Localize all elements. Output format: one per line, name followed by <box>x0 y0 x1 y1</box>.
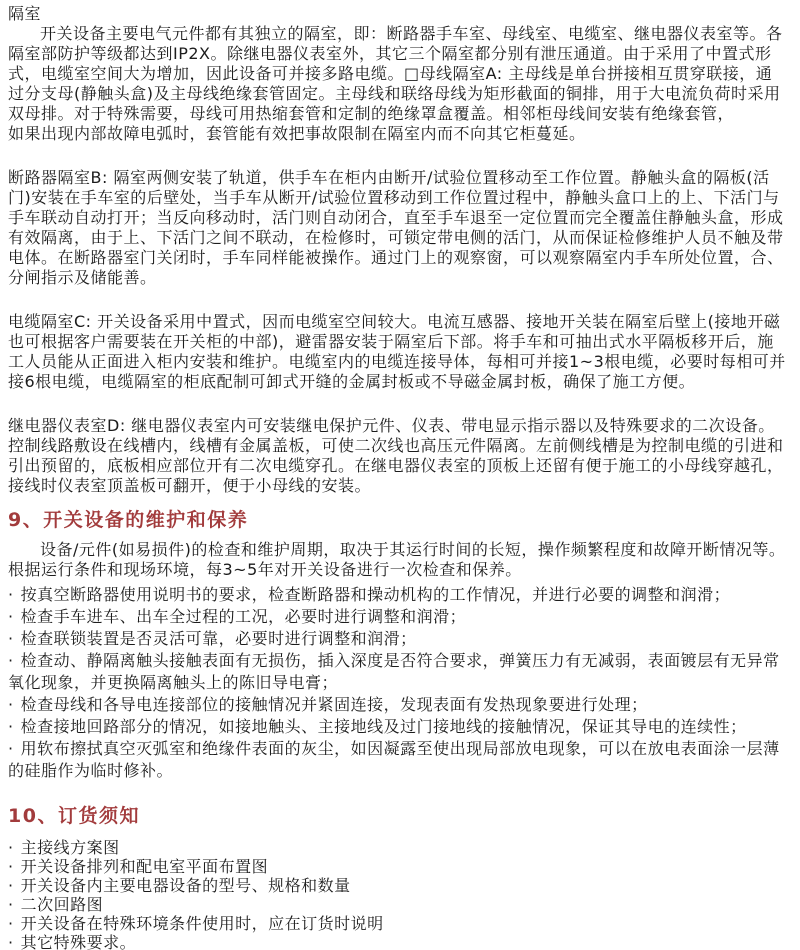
list-item: ·用软布擦拭真空灭弧室和绝缘件表面的灰尘，如因凝露至使出现局部放电现象，可以在放… <box>8 738 786 782</box>
list-item: ·检查动、静隔离触头接触表面有无损伤，插入深度是否符合要求，弹簧压力有无减弱，表… <box>8 650 786 694</box>
bullet-dot-icon: · <box>8 651 14 670</box>
list-item-text: 检查动、静隔离触头接触表面有无损伤，插入深度是否符合要求，弹簧压力有无减弱，表面… <box>8 651 780 692</box>
list-item: ·开关设备在特殊环境条件使用时，应在订货时说明 <box>8 914 786 933</box>
list-item: ·检查母线和各导电连接部位的接触情况并紧固连接，发现表面有发热现象要进行处理； <box>8 694 786 716</box>
ordering-heading: 10、订货须知 <box>8 804 786 828</box>
list-item-text: 检查接地回路部分的情况，如接地触头、主接地线及过门接地线的接触情况，保证其导电的… <box>21 717 747 736</box>
list-item: ·按真空断路器使用说明书的要求，检查断路器和操动机构的工作情况，并进行必要的调整… <box>8 584 786 606</box>
bullet-dot-icon: · <box>8 585 14 604</box>
bullet-dot-icon: · <box>8 629 14 648</box>
compartment-intro-paragraph: 开关设备主要电气元件都有其独立的隔室，即：断路器手车室、母线室、电缆室、继电器仪… <box>8 24 786 144</box>
list-item-text: 开关设备排列和配电室平面布置图 <box>21 857 269 876</box>
list-item: ·检查手车进车、出车全过程的工况，必要时进行调整和润滑； <box>8 606 786 628</box>
list-item-text: 检查手车进车、出车全过程的工况，必要时进行调整和润滑； <box>21 607 467 626</box>
list-item-text: 其它特殊要求。 <box>21 933 137 950</box>
list-item: ·检查接地回路部分的情况，如接地触头、主接地线及过门接地线的接触情况，保证其导电… <box>8 716 786 738</box>
compartment-section-title: 隔室 <box>8 3 786 24</box>
list-item-text: 二次回路图 <box>21 895 104 914</box>
bullet-dot-icon: · <box>8 857 14 876</box>
list-item-text: 开关设备在特殊环境条件使用时，应在订货时说明 <box>21 914 384 933</box>
bullet-dot-icon: · <box>8 607 14 626</box>
list-item: ·其它特殊要求。 <box>8 933 786 950</box>
breaker-compartment-paragraph: 断路器隔室B: 隔室两侧安装了轨道，供手车在柜内由断开/试验位置移动至工作位置。… <box>8 168 786 288</box>
bullet-dot-icon: · <box>8 695 14 714</box>
bullet-dot-icon: · <box>8 876 14 895</box>
maintenance-list: ·按真空断路器使用说明书的要求，检查断路器和操动机构的工作情况，并进行必要的调整… <box>8 584 786 782</box>
list-item-text: 主接线方案图 <box>21 838 120 857</box>
list-item-text: 用软布擦拭真空灭弧室和绝缘件表面的灰尘，如因凝露至使出现局部放电现象，可以在放电… <box>8 739 780 780</box>
bullet-dot-icon: · <box>8 933 14 950</box>
bullet-dot-icon: · <box>8 739 14 758</box>
maintenance-intro-paragraph: 设备/元件(如易损件)的检查和维护周期，取决于其运行时间的长短，操作频繁程度和故… <box>8 540 786 580</box>
document-page: 隔室 开关设备主要电气元件都有其独立的隔室，即：断路器手车室、母线室、电缆室、继… <box>0 0 800 950</box>
list-item-text: 按真空断路器使用说明书的要求，检查断路器和操动机构的工作情况，并进行必要的调整和… <box>21 585 731 604</box>
bullet-dot-icon: · <box>8 895 14 914</box>
cable-compartment-paragraph: 电缆隔室C: 开关设备采用中置式，因而电缆室空间较大。电流互感器、接地开关装在隔… <box>8 312 786 392</box>
list-item: ·开关设备内主要电器设备的型号、规格和数量 <box>8 876 786 895</box>
list-item: ·二次回路图 <box>8 895 786 914</box>
list-item: ·主接线方案图 <box>8 838 786 857</box>
list-item: ·开关设备排列和配电室平面布置图 <box>8 857 786 876</box>
list-item-text: 检查联锁装置是否灵活可靠，必要时进行调整和润滑； <box>21 629 417 648</box>
list-item-text: 检查母线和各导电连接部位的接触情况并紧固连接，发现表面有发热现象要进行处理； <box>21 695 648 714</box>
bullet-dot-icon: · <box>8 914 14 933</box>
list-item-text: 开关设备内主要电器设备的型号、规格和数量 <box>21 876 351 895</box>
bullet-dot-icon: · <box>8 838 14 857</box>
maintenance-heading: 9、开关设备的维护和保养 <box>8 508 786 532</box>
relay-compartment-paragraph: 继电器仪表室D: 继电器仪表室内可安装继电保护元件、仪表、带电显示指示器以及特殊… <box>8 416 786 496</box>
list-item: ·检查联锁装置是否灵活可靠，必要时进行调整和润滑； <box>8 628 786 650</box>
bullet-dot-icon: · <box>8 717 14 736</box>
ordering-list: ·主接线方案图 ·开关设备排列和配电室平面布置图 ·开关设备内主要电器设备的型号… <box>8 838 786 950</box>
